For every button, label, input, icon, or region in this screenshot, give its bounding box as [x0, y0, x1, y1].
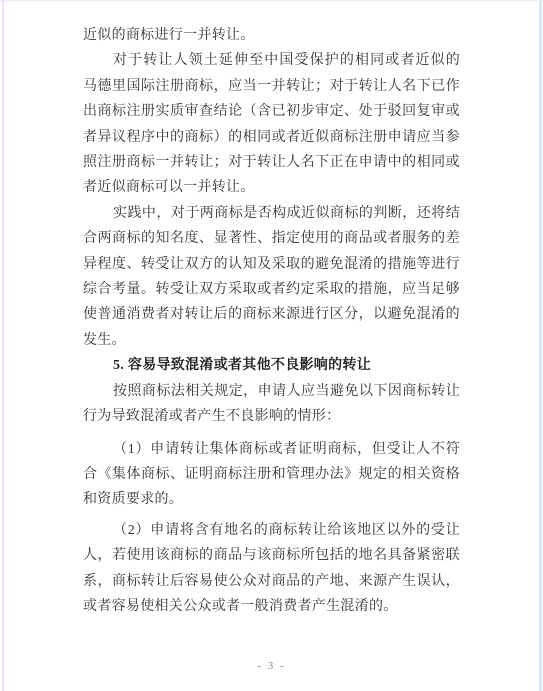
page-edge-top [0, 0, 543, 2]
text-line: 照注册商标一并转让；对于转让人名下正在申请中的相同或 [83, 150, 460, 175]
text-line: 或者容易使相关公众或者一般消费者产生混淆的。 [83, 594, 460, 619]
text-line: 者近似商标可以一并转让。 [83, 175, 460, 200]
text-line: 对于转让人领土延伸至中国受保护的相同或者近似的 [83, 48, 460, 73]
text-line: 系，商标转让后容易使公众对商品的产地、来源产生误认， [83, 569, 460, 594]
text-line: 实践中，对于两商标是否构成近似商标的判断，还将结 [83, 201, 460, 226]
page-edge-left [2, 0, 4, 691]
text-line: 发生。 [83, 328, 460, 353]
page-number: - 3 - [0, 660, 543, 672]
text-line: 综合考量。转受让双方采取或者约定采取的措施，应当足够 [83, 277, 460, 302]
text-line: 合两商标的知名度、显著性、指定使用的商品或者服务的差 [83, 226, 460, 251]
text-line: 异程度、转受让双方的认知及采取的避免混淆的措施等进行 [83, 252, 460, 277]
text-line: 人，若使用该商标的商品与该商标所包括的地名具备紧密联 [83, 543, 460, 568]
text-line: （2）申请将含有地名的商标转让给该地区以外的受让 [83, 518, 460, 543]
page-edge-right [539, 0, 542, 691]
text-line: 马德里国际注册商标，应当一并转让；对于转让人名下已作 [83, 74, 460, 99]
document-text: 近似的商标进行一并转让。 对于转让人领土延伸至中国受保护的相同或者近似的 马德里… [83, 23, 460, 619]
section-heading: 5. 容易导致混淆或者其他不良影响的转让 [83, 353, 460, 378]
text-line: 行为导致混淆或者产生不良影响的情形： [83, 404, 460, 429]
text-line: 按照商标法相关规定，申请人应当避免以下因商标转让 [83, 379, 460, 404]
text-line: 和资质要求的。 [83, 487, 460, 512]
text-line: 近似的商标进行一并转让。 [83, 23, 460, 48]
text-line: 使普通消费者对转让后的商标来源进行区分，以避免混淆的 [83, 302, 460, 327]
text-line: （1）申请转让集体商标或者证明商标，但受让人不符 [83, 437, 460, 462]
text-line: 者异议程序中的商标）的相同或者近似商标注册申请应当参 [83, 125, 460, 150]
text-line: 合《集体商标、证明商标注册和管理办法》规定的相关资格 [83, 462, 460, 487]
text-line: 出商标注册实质审查结论（含已初步审定、处于驳回复审或 [83, 99, 460, 124]
